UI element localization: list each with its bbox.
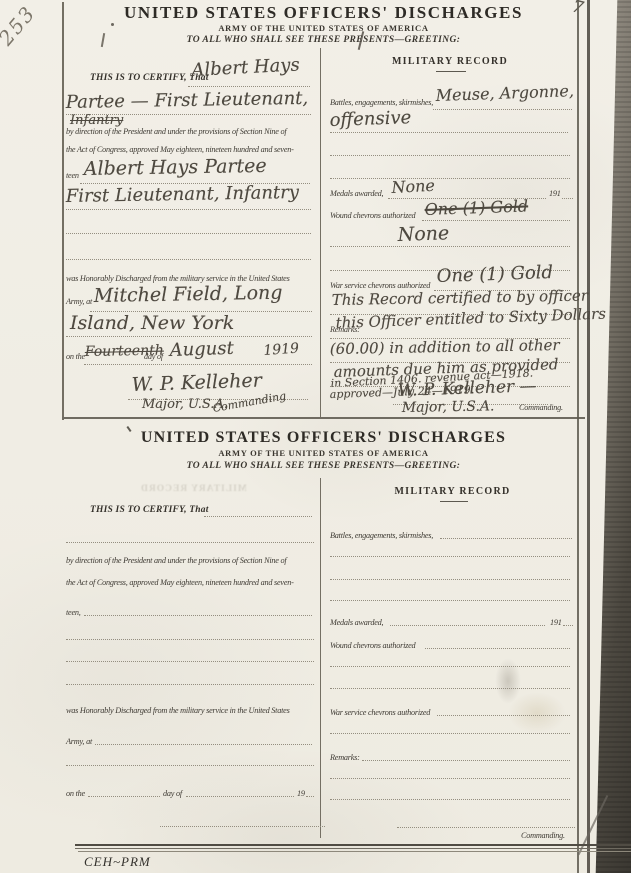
ruled-line bbox=[188, 86, 310, 87]
provision-text-1: by direction of the President and under … bbox=[66, 126, 286, 136]
ruled-line bbox=[306, 796, 314, 797]
ruled-line bbox=[362, 760, 570, 761]
form2-subtitle: ARMY OF THE UNITED STATES OF AMERICA bbox=[62, 448, 585, 458]
ruled-line bbox=[422, 220, 570, 221]
wound-chevrons-label-2: Wound chevrons authorized bbox=[330, 640, 415, 650]
ruled-line bbox=[440, 538, 572, 539]
form-separator-rule bbox=[62, 417, 585, 419]
ruled-line bbox=[390, 625, 545, 626]
entry-battles-2: offensive bbox=[329, 107, 411, 131]
ruled-line bbox=[84, 615, 312, 616]
ruled-line bbox=[66, 684, 314, 685]
ruled-line bbox=[95, 744, 312, 745]
signature-commander: W. P. Kelleher bbox=[131, 369, 262, 396]
war-chevrons-label-2: War service chevrons authorized bbox=[330, 707, 430, 717]
ruled-line bbox=[330, 155, 570, 156]
bottom-rule-3 bbox=[78, 851, 631, 852]
entry-full-name: Albert Hays Partee bbox=[84, 155, 267, 180]
signature-remarks: W. P. Kelleher — bbox=[397, 376, 537, 401]
form2-greeting: TO ALL WHO SHALL SEE THESE PRESENTS—GREE… bbox=[62, 461, 585, 471]
form1-title: UNITED STATES OFFICERS' DISCHARGES bbox=[62, 3, 585, 23]
commanding-label-2: Commanding. bbox=[521, 830, 565, 840]
heading-underline bbox=[436, 71, 466, 72]
entry-wound-struck: One (1) Gold bbox=[424, 196, 528, 219]
day-of-label-2: day of bbox=[163, 788, 182, 798]
ruled-line bbox=[66, 661, 314, 662]
ruled-line bbox=[88, 796, 160, 797]
entry-day-struck: Fourteenth bbox=[85, 343, 164, 360]
on-the-label-2: on the bbox=[66, 788, 85, 798]
ruled-line bbox=[330, 556, 570, 557]
archivist-initials: CEH~PRM bbox=[84, 854, 151, 870]
binding-edge bbox=[595, 0, 631, 873]
bleed-through-text: MILITARY RECORD bbox=[140, 484, 247, 494]
entry-name-line1: Albert Hays bbox=[191, 54, 300, 81]
entry-name-line2: Partee — First Lieutenant, bbox=[66, 88, 309, 113]
on-the-label: on the bbox=[66, 351, 85, 361]
signature-remarks-rank: Major, U.S.A. bbox=[402, 398, 495, 416]
form1-greeting: TO ALL WHO SHALL SEE THESE PRESENTS—GREE… bbox=[62, 35, 585, 45]
margin-page-number: 253 bbox=[0, 1, 40, 50]
commanding-label: Commanding. bbox=[519, 402, 563, 412]
provision-text-2b: the Act of Congress, approved May eighte… bbox=[66, 577, 294, 587]
ruled-line bbox=[330, 600, 570, 601]
entry-medals: None bbox=[391, 176, 435, 197]
entry-rank: First Lieutenant, Infantry bbox=[66, 182, 300, 207]
entry-war-value: One (1) Gold bbox=[436, 262, 553, 287]
ruled-line bbox=[330, 579, 570, 580]
ruled-line bbox=[330, 666, 570, 667]
military-record-heading-2: MILITARY RECORD bbox=[330, 486, 575, 497]
year-stub-191: 191 bbox=[550, 617, 562, 627]
column-divider-top bbox=[320, 48, 321, 417]
ruled-line bbox=[186, 796, 294, 797]
entry-place-line1: Mitchel Field, Long bbox=[94, 282, 283, 307]
provision-text-2: the Act of Congress, approved May eighte… bbox=[66, 144, 294, 154]
teen-label: teen bbox=[66, 170, 79, 180]
ruled-line bbox=[437, 715, 570, 716]
ruled-line bbox=[66, 209, 311, 210]
ruled-line bbox=[66, 542, 314, 543]
form1-subtitle: ARMY OF THE UNITED STATES OF AMERICA bbox=[62, 23, 585, 33]
year-stub: 191 bbox=[549, 188, 561, 198]
ruled-line bbox=[562, 198, 573, 199]
entry-remarks-2: this Officer entitled to Sixty Dollars bbox=[335, 305, 606, 332]
war-chevrons-label: War service chevrons authorized bbox=[330, 280, 430, 290]
teen-label-2: teen, bbox=[66, 607, 81, 617]
scanned-discharge-ledger-page: 253 7 CEH~PRM UNITED STATES OFFICERS' DI… bbox=[0, 0, 631, 873]
ruled-line bbox=[330, 778, 570, 779]
discharged-text-2: was Honorably Discharged from the milita… bbox=[66, 705, 290, 715]
battles-label: Battles, engagements, skirmishes, bbox=[330, 97, 433, 107]
right-double-rule-inner bbox=[587, 0, 590, 873]
signature-commanding-hand: Commanding bbox=[212, 389, 287, 415]
heading-underline bbox=[440, 501, 468, 502]
ruled-line bbox=[397, 827, 575, 828]
entry-year: 1919 bbox=[263, 341, 300, 359]
stain bbox=[508, 692, 566, 734]
ruled-line bbox=[66, 639, 314, 640]
army-at-label-2: Army, at bbox=[66, 736, 92, 746]
certify-label-2: THIS IS TO CERTIFY, That bbox=[90, 505, 209, 515]
ruled-line bbox=[66, 336, 312, 337]
ruled-line bbox=[330, 733, 570, 734]
left-border-rule bbox=[62, 2, 64, 420]
ruled-line bbox=[66, 259, 311, 260]
ruled-line bbox=[330, 132, 568, 133]
ruled-line bbox=[433, 109, 572, 110]
entry-wound-value: None bbox=[397, 222, 449, 246]
ruled-line bbox=[330, 688, 570, 689]
ruled-line bbox=[204, 516, 312, 517]
column-divider-bottom bbox=[320, 478, 321, 838]
bottom-rule-1 bbox=[75, 844, 631, 846]
ruled-line bbox=[330, 178, 570, 179]
battles-label-2: Battles, engagements, skirmishes, bbox=[330, 530, 433, 540]
army-at-label: Army, at bbox=[66, 296, 92, 306]
wound-chevrons-label: Wound chevrons authorized bbox=[330, 210, 415, 220]
year-stub-19: 19 bbox=[297, 788, 305, 798]
medals-label: Medals awarded, bbox=[330, 188, 383, 198]
ruled-line bbox=[66, 233, 311, 234]
entry-place-line2: Island, New York bbox=[70, 312, 234, 334]
bottom-rule-2 bbox=[75, 848, 631, 849]
ruled-line bbox=[84, 364, 312, 365]
provision-text-1b: by direction of the President and under … bbox=[66, 555, 286, 565]
ruled-line bbox=[330, 799, 570, 800]
remarks-label-2: Remarks: bbox=[330, 752, 360, 762]
entry-remarks-3: (60.00) in addition to all other bbox=[330, 336, 560, 358]
ruled-line bbox=[66, 765, 314, 766]
ruled-line bbox=[160, 826, 325, 827]
form2-title: UNITED STATES OFFICERS' DISCHARGES bbox=[62, 429, 585, 447]
ruled-line bbox=[330, 246, 570, 247]
medals-label-2: Medals awarded, bbox=[330, 617, 383, 627]
entry-month: August bbox=[169, 338, 234, 361]
military-record-heading: MILITARY RECORD bbox=[330, 56, 570, 67]
ruled-line bbox=[425, 648, 570, 649]
ruled-line bbox=[563, 625, 573, 626]
entry-battles-1: Meuse, Argonne, bbox=[435, 81, 574, 105]
